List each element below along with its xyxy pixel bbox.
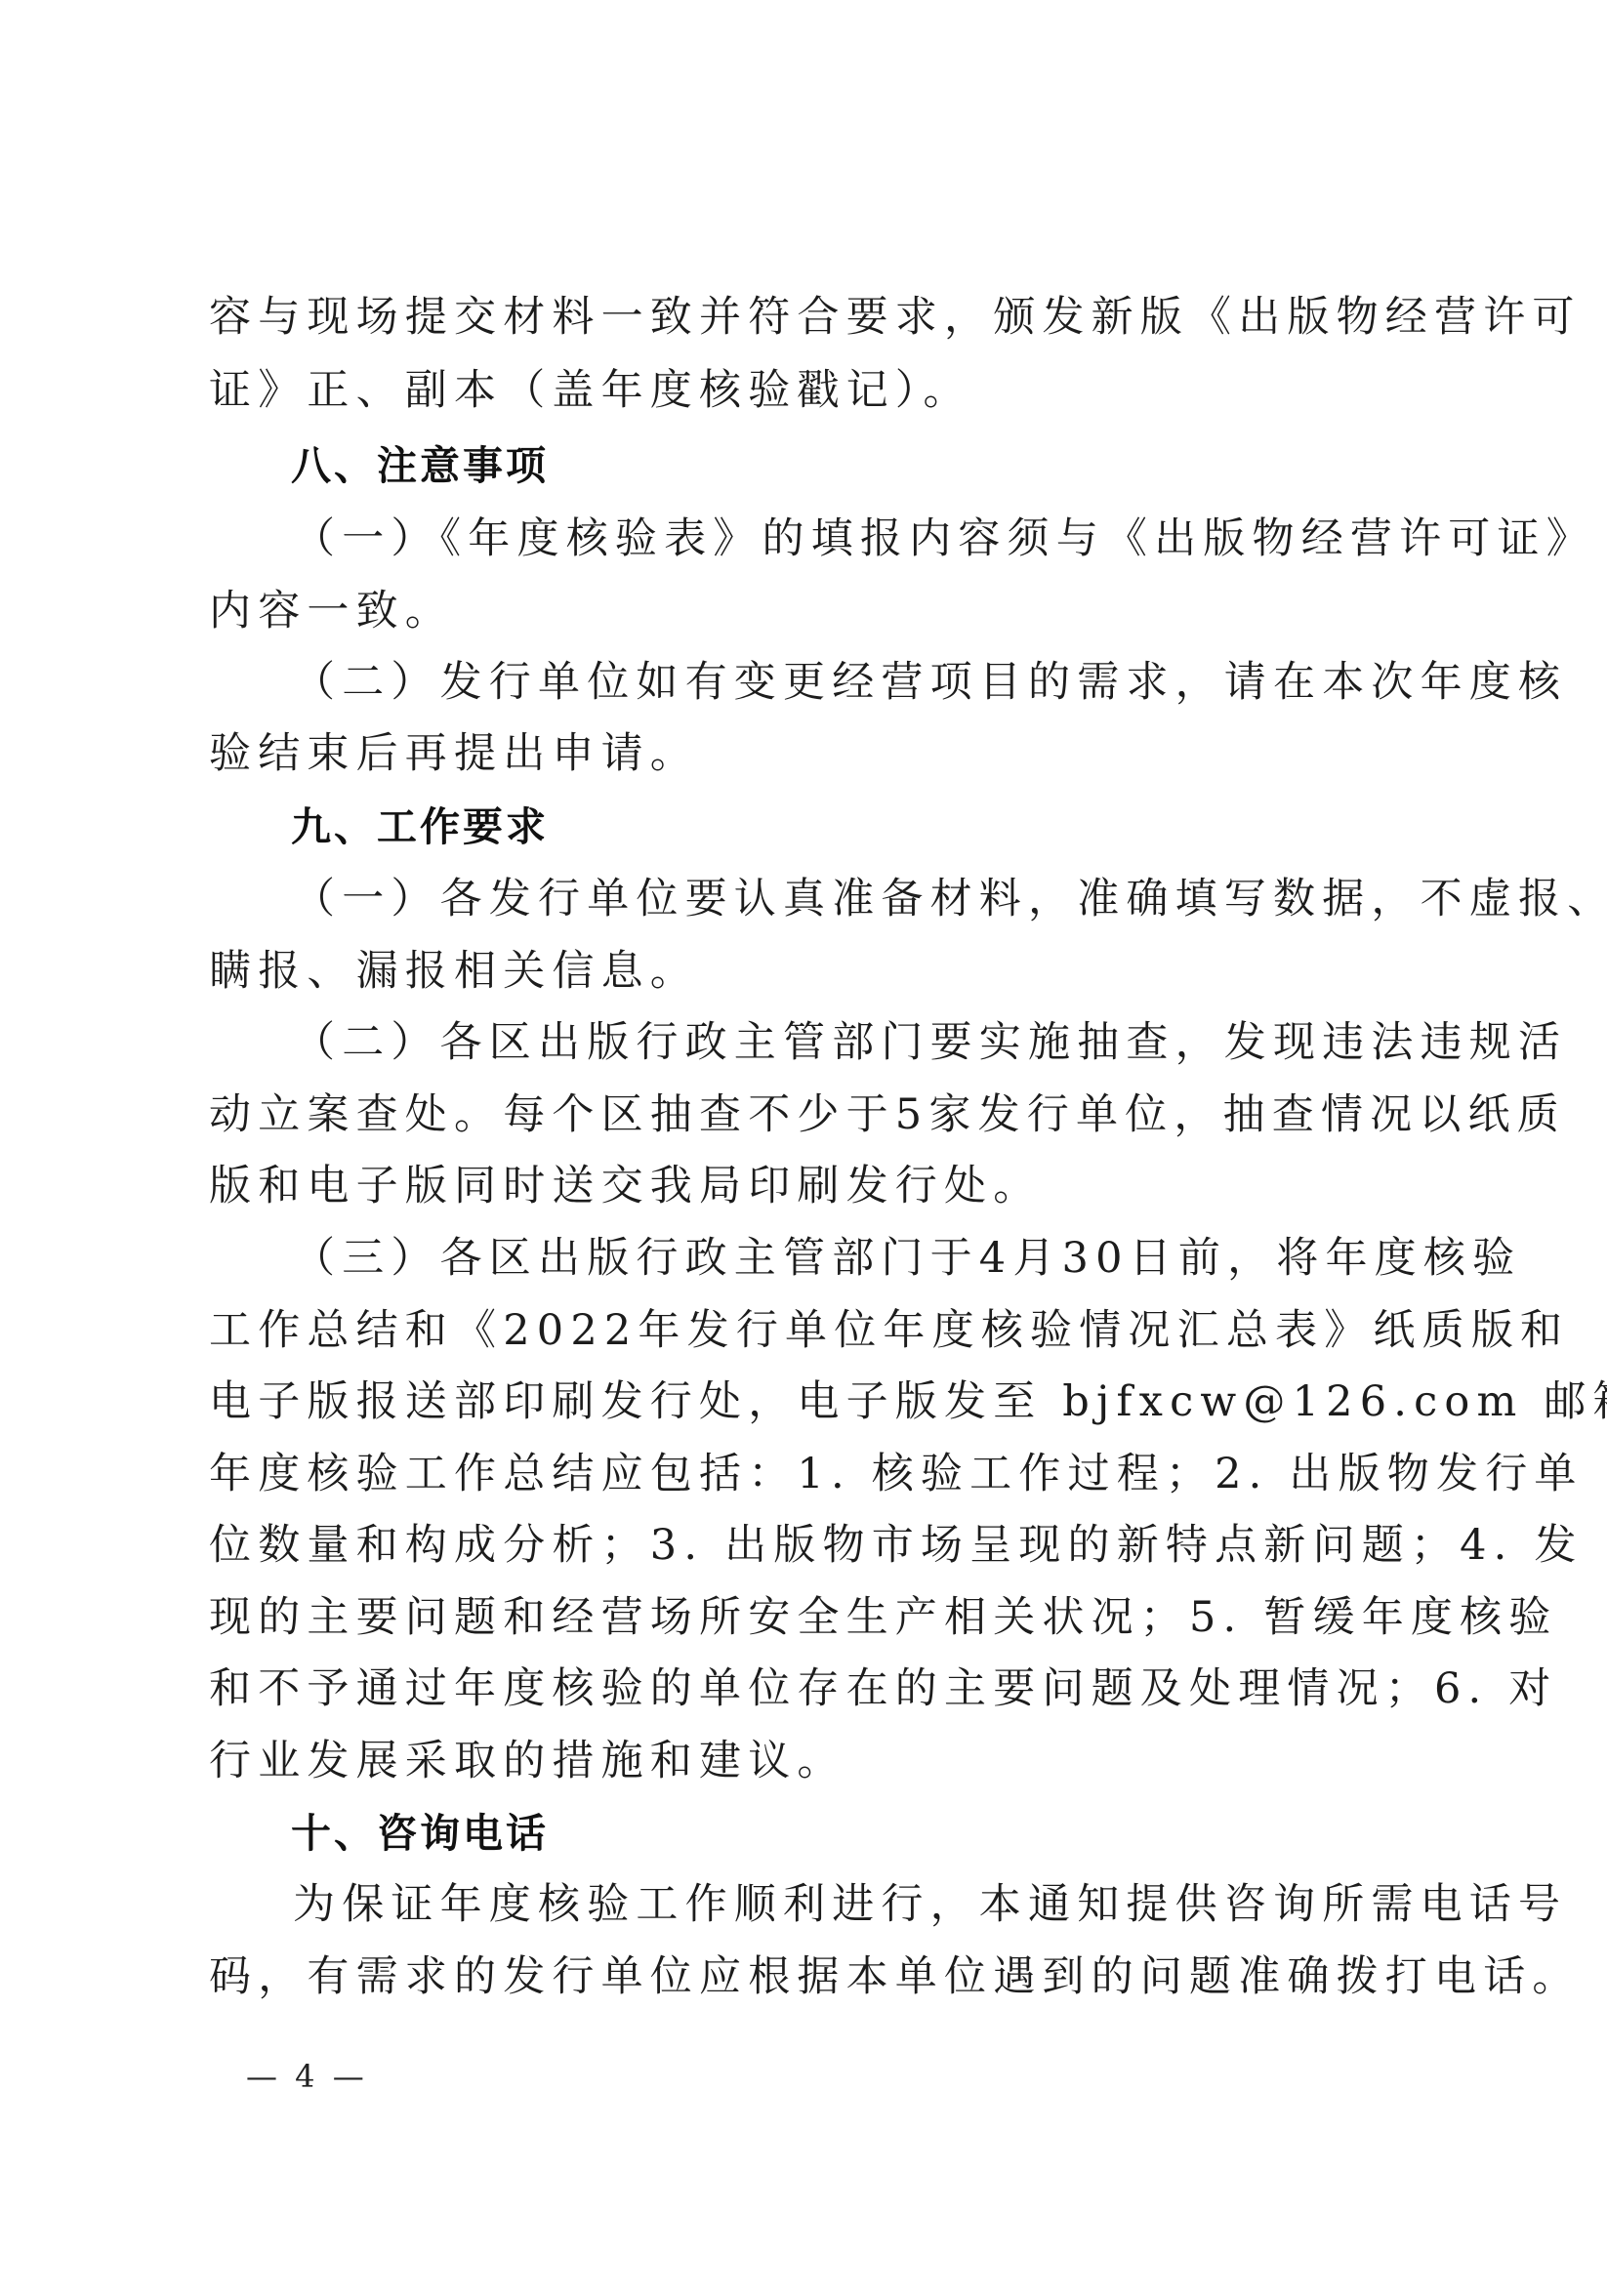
paragraph-line: 证》正、副本（盖年度核验戳记）。 (209, 366, 1400, 415)
paragraph-line: 工作总结和《2022年发行单位年度核验情况汇总表》纸质版和 (209, 1306, 1400, 1355)
page-number: — 4 — (246, 2057, 368, 2096)
paragraph-line: 和不予通过年度核验的单位存在的主要问题及处理情况；6. 对 (209, 1664, 1400, 1713)
paragraph-line: 动立案查处。每个区抽查不少于5家发行单位，抽查情况以纸质 (209, 1090, 1400, 1139)
paragraph-line: 容与现场提交材料一致并符合要求，颁发新版《出版物经营许可 (209, 293, 1400, 342)
paragraph-line: 码，有需求的发行单位应根据本单位遇到的问题准确拨打电话。 (209, 1952, 1400, 2001)
paragraph-line: 电子版报送部印刷发行处，电子版发至 bjfxcw@126.com 邮箱。 (209, 1377, 1400, 1426)
paragraph-line: 内容一致。 (209, 587, 1400, 635)
paragraph-line: （二）各区出版行政主管部门要实施抽查，发现违法违规活 (293, 1018, 1400, 1067)
paragraph-line: 版和电子版同时送交我局印刷发行处。 (209, 1162, 1400, 1210)
section-heading-consultation-phone: 十、咨询电话 (291, 1809, 549, 1858)
paragraph-line: （二）发行单位如有变更经营项目的需求，请在本次年度核 (293, 658, 1400, 707)
paragraph-line: 验结束后再提出申请。 (209, 729, 1400, 778)
paragraph-line: 行业发展采取的措施和建议。 (209, 1737, 1400, 1785)
section-heading-notes: 八、注意事项 (291, 441, 549, 490)
paragraph-line: （三）各区出版行政主管部门于4月30日前，将年度核验 (293, 1234, 1400, 1283)
paragraph-line: 位数量和构成分析；3. 出版物市场呈现的新特点新问题；4. 发 (209, 1521, 1400, 1570)
paragraph-line: 瞒报、漏报相关信息。 (209, 947, 1400, 996)
paragraph-line: 年度核验工作总结应包括：1. 核验工作过程；2. 出版物发行单 (209, 1450, 1400, 1498)
document-page: 容与现场提交材料一致并符合要求，颁发新版《出版物经营许可 证》正、副本（盖年度核… (0, 0, 1607, 2296)
paragraph-line: （一）《年度核验表》的填报内容须与《出版物经营许可证》 (293, 514, 1400, 563)
paragraph-line: 现的主要问题和经营场所安全生产相关状况；5. 暂缓年度核验 (209, 1593, 1400, 1642)
paragraph-line: （一）各发行单位要认真准备材料，准确填写数据，不虚报、 (293, 875, 1400, 923)
paragraph-line: 为保证年度核验工作顺利进行，本通知提供咨询所需电话号 (293, 1880, 1400, 1929)
section-heading-work-requirements: 九、工作要求 (291, 802, 549, 851)
